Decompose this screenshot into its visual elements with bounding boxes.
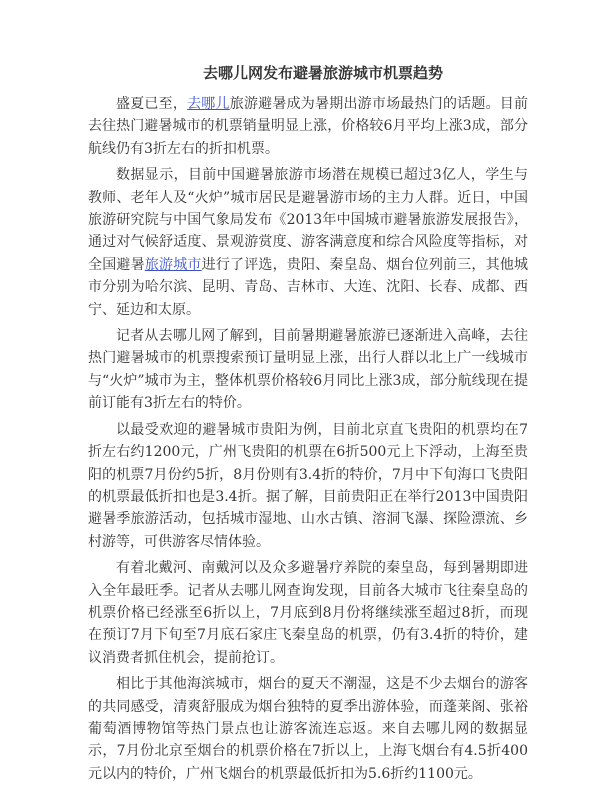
paragraph: 以最受欢迎的避暑城市贵阳为例，目前北京直飞贵阳的机票均在7折左右约1200元，广… (88, 419, 528, 553)
page-title: 去哪儿网发布避暑旅游城市机票趋势 (88, 62, 528, 84)
article-body: 盛夏已至，去哪儿旅游避暑成为暑期出游市场最热门的话题。目前去往热门避暑城市的机票… (88, 93, 528, 785)
paragraph: 盛夏已至，去哪儿旅游避暑成为暑期出游市场最热门的话题。目前去往热门避暑城市的机票… (88, 93, 528, 160)
paragraph-text: 相比于其他海滨城市，烟台的夏天不潮湿，这是不少去烟台的游客的共同感受，清爽舒服成… (88, 676, 528, 782)
paragraph-text: 盛夏已至， (116, 96, 187, 112)
paragraph-text: 以最受欢迎的避暑城市贵阳为例，目前北京直飞贵阳的机票均在7折左右约1200元，广… (88, 422, 528, 550)
paragraph: 有着北戴河、南戴河以及众多避暑疗养院的秦皇岛，每到暑期即进入全年最旺季。记者从去… (88, 557, 528, 669)
paragraph: 相比于其他海滨城市，烟台的夏天不潮湿，这是不少去烟台的游客的共同感受，清爽舒服成… (88, 673, 528, 785)
paragraph-text: 有着北戴河、南戴河以及众多避暑疗养院的秦皇岛，每到暑期即进入全年最旺季。记者从去… (88, 560, 528, 666)
document-page: 去哪儿网发布避暑旅游城市机票趋势 盛夏已至，去哪儿旅游避暑成为暑期出游市场最热门… (0, 0, 612, 792)
qunar-link[interactable]: 去哪儿 (187, 96, 230, 112)
travel-cities-link[interactable]: 旅游城市 (145, 257, 202, 273)
paragraph: 数据显示，目前中国避暑旅游市场潜在规模已超过3亿人，学生与教师、老年人及“火炉”… (88, 164, 528, 321)
paragraph: 记者从去哪儿网了解到，目前暑期避暑旅游已逐渐进入高峰，去往热门避暑城市的机票搜索… (88, 325, 528, 415)
paragraph-text: 记者从去哪儿网了解到，目前暑期避暑旅游已逐渐进入高峰，去往热门避暑城市的机票搜索… (88, 328, 528, 411)
